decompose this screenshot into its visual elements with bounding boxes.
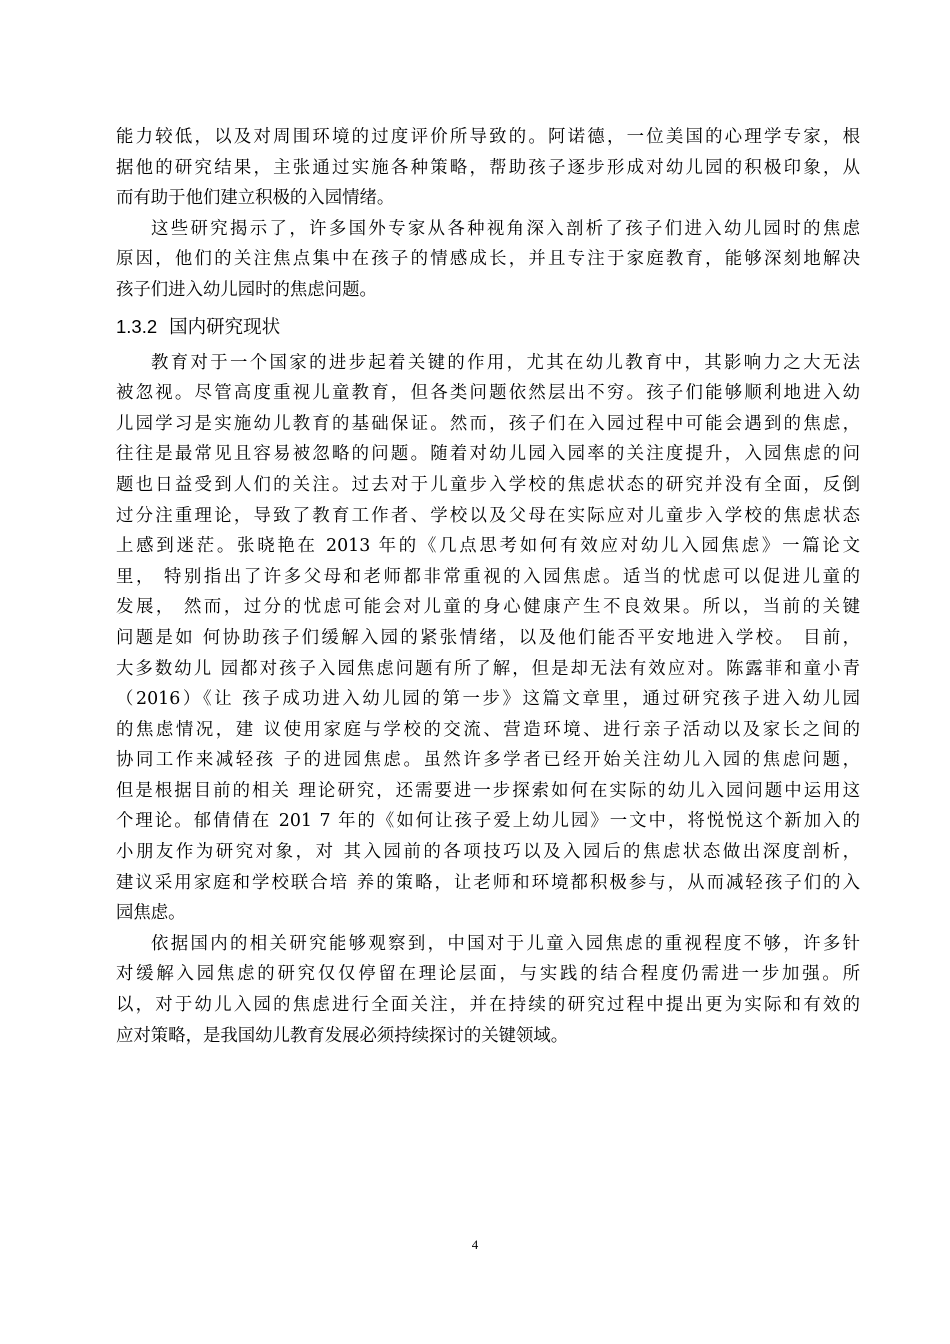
text-line: 大多数幼儿 园都对孩子入园焦虑问题有所了解，但是却无法有效应对。陈露菲和童小青 [116, 654, 860, 685]
text-line: 的焦虑情况，建 议使用家庭与学校的交流、营造环境、进行亲子活动以及家长之间的 [116, 715, 860, 746]
text-line: 这些研究揭示了，许多国外专家从各种视角深入剖析了孩子们进入幼儿园时的焦虑 [116, 214, 860, 245]
text-line: 建议采用家庭和学校联合培 养的策略，让老师和环境都积极参与，从而减轻孩子们的入 [116, 868, 860, 899]
text-line: 往往是最常见且容易被忽略的问题。随着对幼儿园入园率的关注度提升，入园焦虑的问 [116, 439, 860, 470]
text-line: 上感到迷茫。张晓艳在 2013 年的《几点思考如何有效应对幼儿入园焦虑》一篇论文 [116, 531, 860, 562]
paragraph: 能力较低，以及对周围环境的过度评价所导致的。阿诺德，一位美国的心理学专家，根 据… [116, 122, 860, 214]
text-line: 原因，他们的关注焦点集中在孩子的情感成长，并且专注于家庭教育，能够深刻地解决 [116, 244, 860, 275]
text-line: 里， 特别指出了许多父母和老师都非常重视的入园焦虑。适当的忧虑可以促进儿童的 [116, 562, 860, 593]
text-line: （2016）《让 孩子成功进入幼儿园的第一步》这篇文章里，通过研究孩子进入幼儿园 [116, 684, 860, 715]
text-line: 据他的研究结果，主张通过实施各种策略，帮助孩子逐步形成对幼儿园的积极印象，从 [116, 153, 860, 184]
text-line: 小朋友作为研究对象，对 其入园前的各项技巧以及入园后的焦虑状态做出深度剖析， [116, 837, 860, 868]
text-line: 应对策略，是我国幼儿教育发展必须持续探讨的关键领域。 [116, 1021, 860, 1052]
text-line: 孩子们进入幼儿园时的焦虑问题。 [116, 275, 860, 306]
text-line: 题也日益受到人们的关注。过去对于儿童步入学校的焦虑状态的研究并没有全面，反倒 [116, 470, 860, 501]
text-line: 个理论。郁倩倩在 201 7 年的《如何让孩子爱上幼儿园》一文中，将悦悦这个新加… [116, 806, 860, 837]
text-line: 过分注重理论，导致了教育工作者、学校以及父母在实际应对儿童步入学校的焦虑状态 [116, 501, 860, 532]
text-line: 儿园学习是实施幼儿教育的基础保证。然而，孩子们在入园过程中可能会遇到的焦虑， [116, 409, 860, 440]
paragraph: 依据国内的相关研究能够观察到，中国对于儿童入园焦虑的重视程度不够，许多针 对缓解… [116, 929, 860, 1051]
text-line: 对缓解入园焦虑的研究仅仅停留在理论层面，与实践的结合程度仍需进一步加强。所 [116, 959, 860, 990]
section-heading: 1.3.2国内研究现状 [116, 308, 860, 346]
text-line: 被忽视。尽管高度重视儿童教育，但各类问题依然层出不穷。孩子们能够顺利地进入幼 [116, 378, 860, 409]
text-line: 发展， 然而，过分的忧虑可能会对儿童的身心健康产生不良效果。所以，当前的关键 [116, 592, 860, 623]
text-line: 以，对于幼儿入园的焦虑进行全面关注，并在持续的研究过程中提出更为实际和有效的 [116, 990, 860, 1021]
text-line: 能力较低，以及对周围环境的过度评价所导致的。阿诺德，一位美国的心理学专家，根 [116, 122, 860, 153]
section-number: 1.3.2 [116, 316, 157, 337]
text-line: 园焦虑。 [116, 898, 860, 929]
text-line: 协同工作来减轻孩 子的进园焦虑。虽然许多学者已经开始关注幼儿入园的焦虑问题， [116, 745, 860, 776]
document-page: 能力较低，以及对周围环境的过度评价所导致的。阿诺德，一位美国的心理学专家，根 据… [116, 122, 860, 1051]
paragraph: 教育对于一个国家的进步起着关键的作用，尤其在幼儿教育中，其影响力之大无法 被忽视… [116, 348, 860, 929]
text-line: 而有助于他们建立积极的入园情绪。 [116, 183, 860, 214]
page-number: 4 [0, 1237, 950, 1253]
section-title: 国内研究现状 [169, 317, 280, 338]
text-line: 依据国内的相关研究能够观察到，中国对于儿童入园焦虑的重视程度不够，许多针 [116, 929, 860, 960]
text-line: 教育对于一个国家的进步起着关键的作用，尤其在幼儿教育中，其影响力之大无法 [116, 348, 860, 379]
text-line: 问题是如 何协助孩子们缓解入园的紧张情绪，以及他们能否平安地进入学校。 目前， [116, 623, 860, 654]
paragraph: 这些研究揭示了，许多国外专家从各种视角深入剖析了孩子们进入幼儿园时的焦虑 原因，… [116, 214, 860, 306]
text-line: 但是根据目前的相关 理论研究，还需要进一步探索如何在实际的幼儿入园问题中运用这 [116, 776, 860, 807]
